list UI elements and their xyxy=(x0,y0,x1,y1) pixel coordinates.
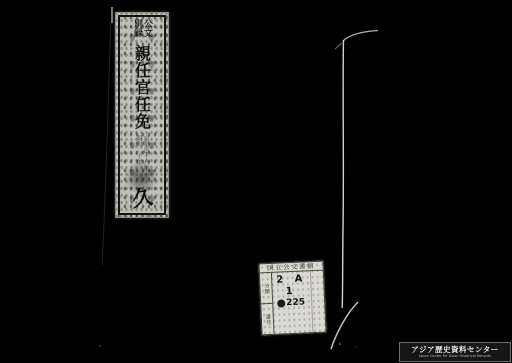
series-title: 公文 別録 xyxy=(132,19,152,42)
call-number-line3: 225 xyxy=(277,296,322,310)
book-edge-faint-line xyxy=(102,23,111,265)
thread-top-spur xyxy=(335,43,342,49)
watermark: アジア歴史資料センター Japan Center for Asian Histo… xyxy=(399,342,511,362)
archives-label-body: 分類 番号 2 A 1 225 xyxy=(260,271,326,335)
spine-title-label: 公文 別録 親任官任免 自明治十八年 至昭和二十年 久 xyxy=(115,12,169,218)
archives-label: 国立公文書館 分類 番号 2 A 1 225 xyxy=(258,261,326,336)
date-range: 自明治十八年 至昭和二十年 xyxy=(135,135,149,181)
watermark-title-en: Japan Center for Asian Historical Record… xyxy=(419,354,491,358)
date-from: 自明治十八年 xyxy=(142,135,149,171)
watermark-title-jp: アジア歴史資料センター xyxy=(411,346,498,354)
thread-bottom-curve xyxy=(331,302,358,349)
dust-speck xyxy=(99,345,101,347)
call-number-block: 2 A 1 225 xyxy=(272,271,326,334)
volume-cursive-mark: 久 xyxy=(131,180,154,214)
field-classification: 分類 xyxy=(260,273,272,304)
series-col-left: 別録 xyxy=(132,19,142,37)
field-number: 番号 xyxy=(261,304,273,334)
circled-stamp-icon xyxy=(277,299,285,307)
main-title: 親任官任免 xyxy=(134,45,151,131)
series-col-right: 公文 xyxy=(142,19,152,37)
dust-speck xyxy=(355,346,357,348)
thread-vertical-line xyxy=(342,40,343,308)
spine-label-content: 公文 別録 親任官任免 自明治十八年 至昭和二十年 久 xyxy=(120,18,164,212)
dust-speck xyxy=(339,343,341,345)
call-number-value: 225 xyxy=(286,296,305,309)
thread-top-bend xyxy=(343,31,378,42)
scan-artefacts xyxy=(0,0,512,363)
archival-scan-canvas: 公文 別録 親任官任免 自明治十八年 至昭和二十年 久 国立公文書館 分類 番号… xyxy=(0,0,512,363)
